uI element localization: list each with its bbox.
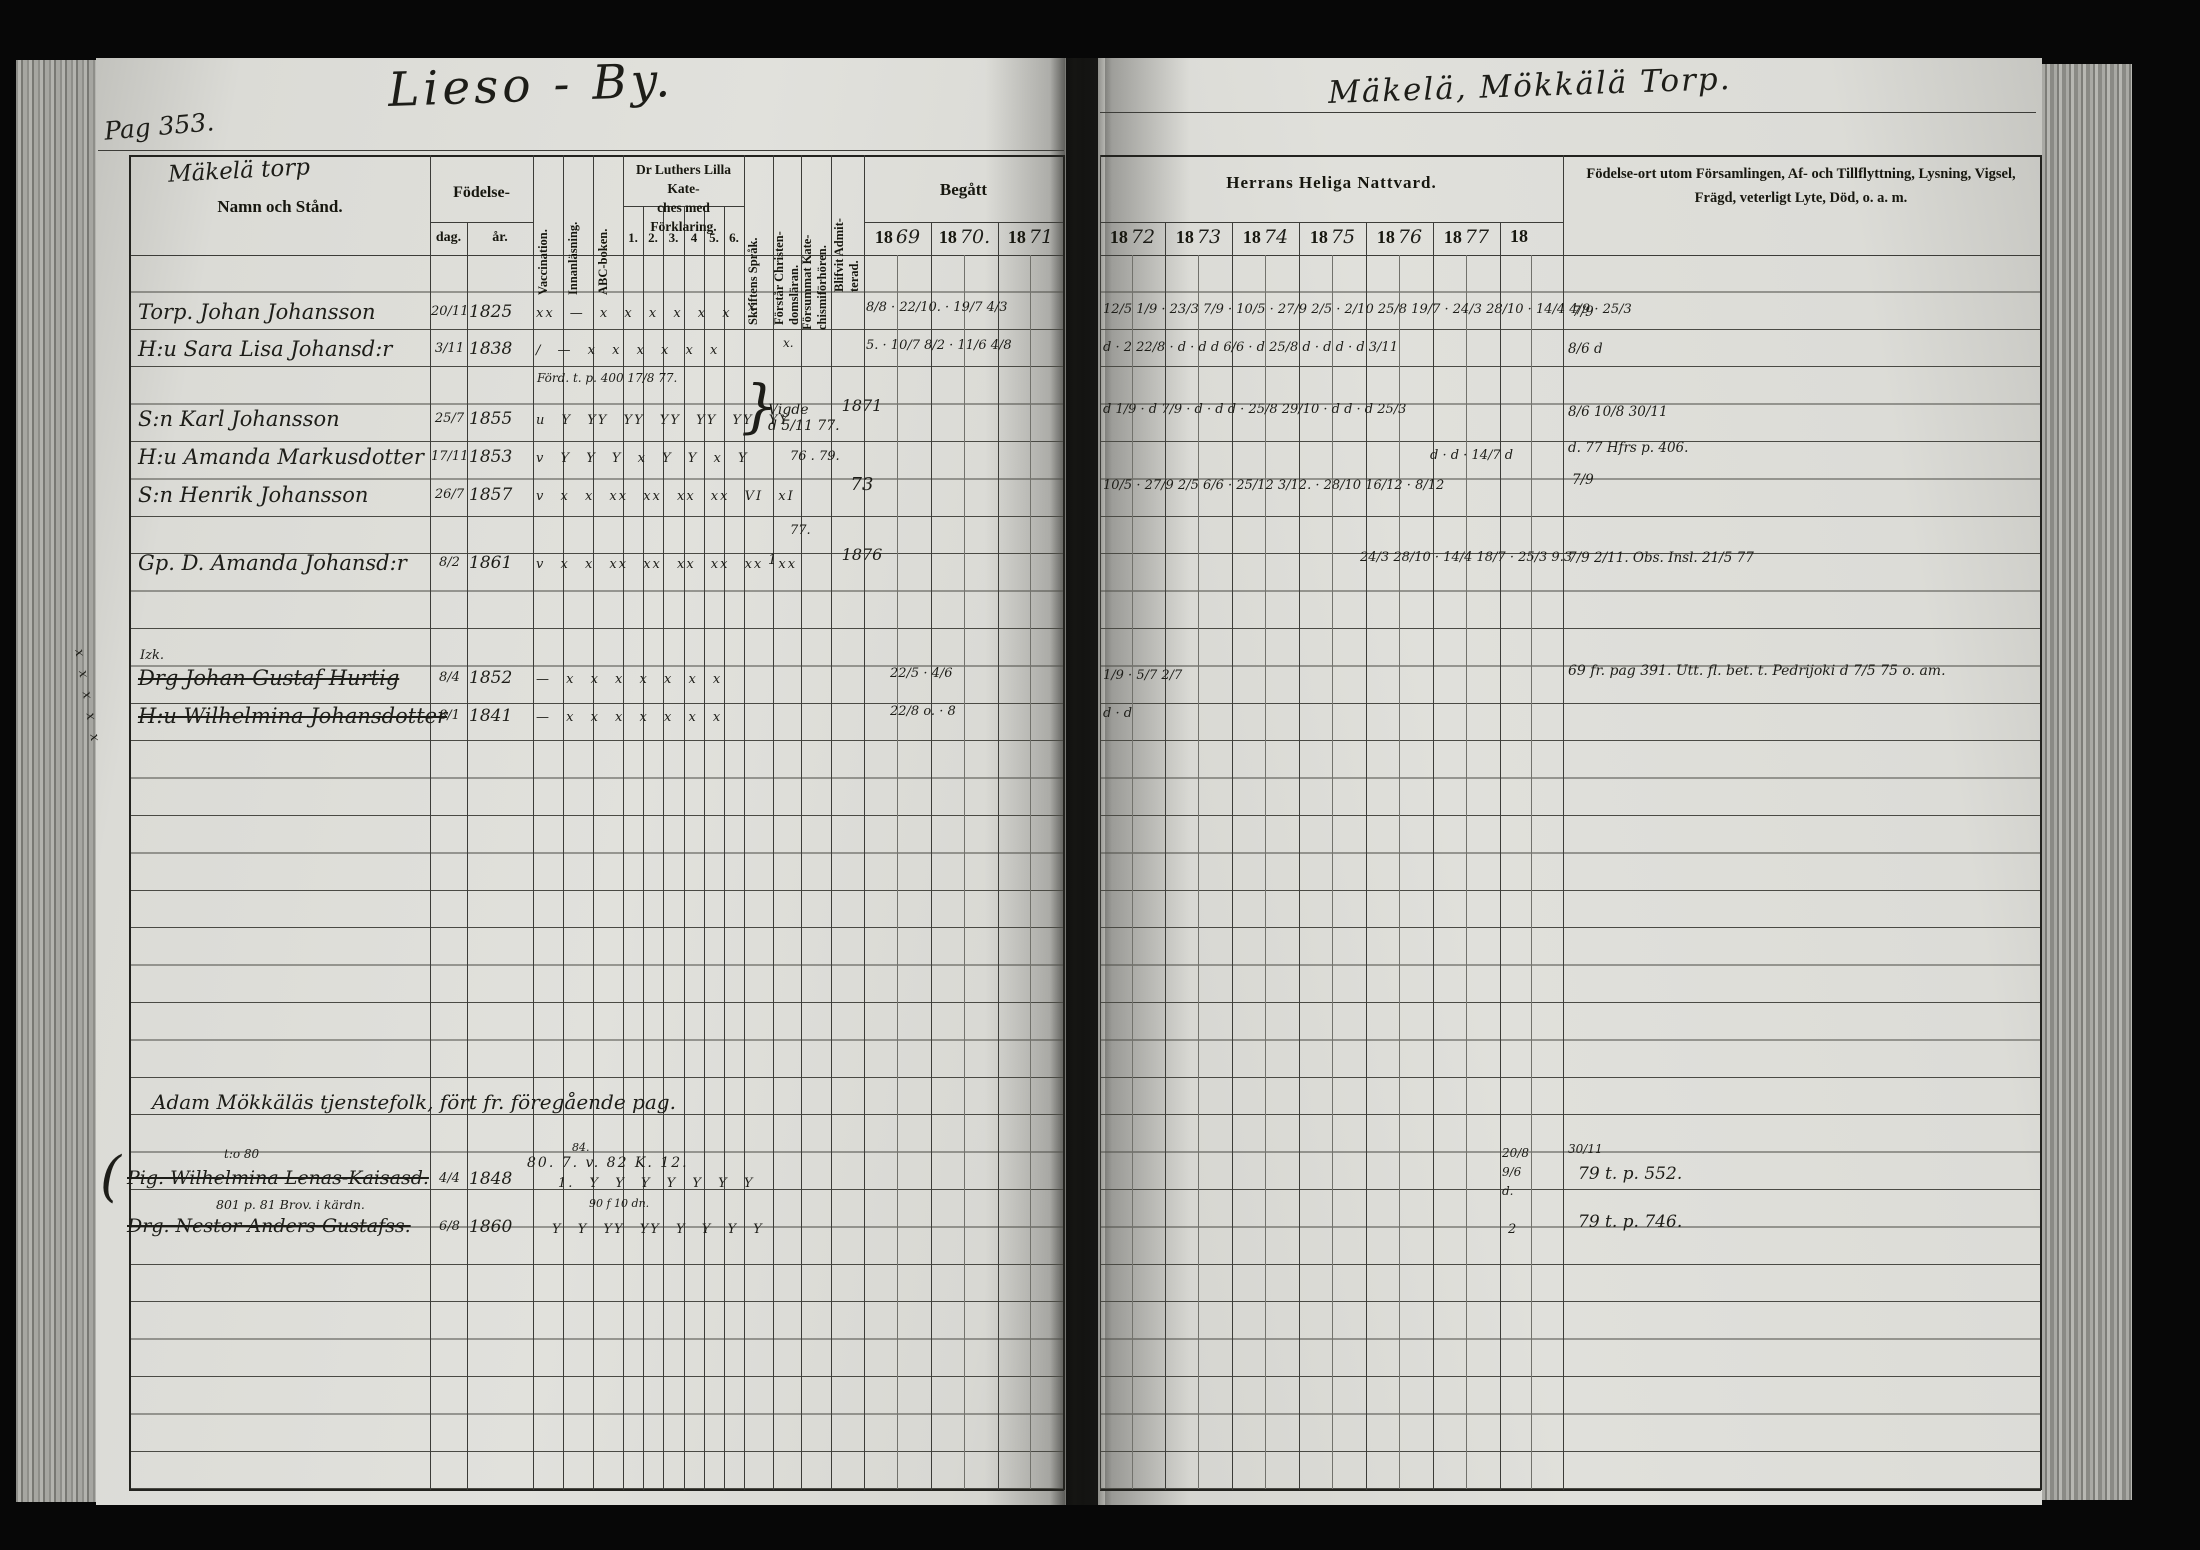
person-name: S:n Karl Johansson: [138, 407, 430, 431]
catechism-col-label: 3.: [663, 230, 684, 246]
year-prefix: 18: [875, 227, 893, 248]
header-notes-line2: Frägd, veterligt Lyte, Död, o. a. m.: [1570, 190, 2032, 207]
birth-year: 1825: [469, 302, 512, 322]
begatt-dates: 8/8 · 22/10. · 19/7 4/3: [866, 300, 1061, 315]
communion-dates: 10/5 · 27/9 2/5 6/6 · 25/12 3/12. · 28/1…: [1103, 478, 1559, 493]
header-admitted: Blifvit Admit- terad.: [832, 162, 863, 292]
exam-marks: Y Y YY YY Y Y Y Y: [552, 1222, 752, 1237]
sub-small-note: 90 f 10 dn.: [589, 1197, 649, 1210]
exam-marks: / — x x x x x x: [536, 343, 748, 358]
birth-day: 20/11: [431, 304, 468, 319]
moved-note: Förd. t. p. 400 17/8 77.: [537, 371, 749, 385]
year-script: 72: [1131, 226, 1155, 248]
row-note: d. 77 Hfrs p. 406.: [1568, 440, 1688, 456]
birth-day: 26/7: [431, 487, 468, 502]
admitted-year: 73: [833, 474, 891, 495]
exam-marks: xx — x x x x x x: [536, 306, 748, 321]
birth-year: 1848: [469, 1169, 512, 1189]
person-name: Drg Johan Gustaf Hurtig: [138, 666, 430, 690]
row-note: 69 fr. pag 391. Utt. fl. bet. t. Pedrijo…: [1568, 663, 1946, 679]
birth-day: 6/8: [431, 1219, 468, 1234]
person-name: H:u Sara Lisa Johansd:r: [138, 337, 430, 361]
year-prefix: 18: [1444, 227, 1462, 248]
birth-day: 25/7: [431, 411, 468, 426]
exam-marks: 1. Y Y Y Y Y Y Y: [558, 1176, 753, 1191]
communion-dates: 12/5 1/9 · 23/3 7/9 · 10/5 · 27/9 2/5 · …: [1103, 302, 1559, 317]
year-script: 71: [1029, 226, 1053, 248]
year-label-1877: 18 77: [1433, 226, 1500, 248]
header-begatt: Begått: [864, 180, 1063, 200]
exam-marks: — x x x x x x x: [536, 710, 748, 725]
catechism-col-label: 6.: [724, 230, 744, 246]
row-note: 7/9: [1572, 304, 1594, 320]
exam-marks: v x x xx xx xx xx VI xI: [536, 489, 748, 504]
catechism-col-label: 5.: [704, 230, 724, 246]
communion-dates: d · d · 14/7 d: [1430, 448, 1560, 463]
header-vaccination: Vaccination.: [536, 160, 563, 295]
person-name: Drg. Nestor Anders-Gustafss.: [127, 1215, 437, 1237]
birth-year: 1855: [469, 409, 512, 429]
catechism-col-label: 1.: [623, 230, 643, 246]
exam-marks: v x x xx xx xx xx xx xx: [536, 557, 748, 572]
mid-small-note: 84.: [572, 1141, 590, 1154]
header-catechism: Dr Luthers Lilla Kate- ches med Förklari…: [623, 161, 744, 237]
mid-note: 80. 7. v. 82 K. 12.: [527, 1155, 689, 1171]
header-reading: Innanläsning.: [566, 160, 593, 295]
admitted-year: 1876: [833, 545, 891, 564]
header-abc-book: ABC-boken.: [596, 160, 623, 295]
below-note: 801 p. 81 Brov. i kärdn.: [216, 1197, 365, 1212]
person-name: Torp. Johan Johansson: [138, 300, 430, 324]
year-prefix: 18: [1510, 226, 1528, 247]
year-label-1873: 18 73: [1165, 226, 1232, 248]
begatt-dates: 22/8 o. · 8: [890, 704, 1060, 719]
year-label-1876: 18 76: [1366, 226, 1433, 248]
year-script: 74: [1264, 226, 1288, 248]
birth-year: 1857: [469, 485, 512, 505]
header-understands: Förstår Christen- domsläran.: [772, 160, 801, 325]
person-name: H:u Amanda Markusdotter: [138, 445, 430, 469]
book-page-edges-left: [16, 60, 96, 1502]
year-prefix: 18: [1176, 227, 1194, 248]
exam-marks: u Y YY YY YY YY YY YY: [536, 413, 748, 428]
birth-year: 1852: [469, 668, 512, 688]
year-script: 77: [1465, 226, 1489, 248]
year-prefix: 18: [1243, 227, 1261, 248]
above-note: t:o 80: [224, 1147, 259, 1161]
exam-marks: v Y Y Y x Y Y x Y: [536, 451, 748, 466]
year-label-1875: 18 75: [1299, 226, 1366, 248]
year-prefix: 18: [1377, 227, 1395, 248]
scripture-mark: x: [748, 300, 755, 314]
note-small-date: 30/11: [1568, 1142, 1603, 1156]
extra-mark: x.: [783, 336, 794, 350]
row-note: 79 t. p. 552.: [1578, 1164, 1682, 1184]
year-label-18blank: 18: [1500, 226, 1573, 247]
birth-year: 1861: [469, 553, 512, 573]
year-label-1871: 18 71: [998, 226, 1063, 248]
row-note: 79 t. p. 746.: [1578, 1212, 1682, 1232]
grouping-paren: (: [100, 1150, 121, 1204]
year-prefix: 18: [1110, 227, 1128, 248]
title-underline-left: [98, 150, 1064, 151]
year-script: 73: [1197, 226, 1221, 248]
year-script: 76: [1398, 226, 1422, 248]
header-missed: Försummat Kate- chismiförhören.: [800, 160, 830, 330]
year-label-1872: 18 72: [1100, 226, 1165, 248]
catechism-col-label: 2.: [643, 230, 663, 246]
year-label-1874: 18 74: [1232, 226, 1299, 248]
exam-marks: — x x x x x x x: [536, 672, 748, 687]
row-note: 7/9: [1572, 472, 1594, 488]
birth-day: 17/11: [431, 449, 468, 464]
year-prefix: 18: [939, 227, 957, 248]
column-small-dates: 2: [1508, 1222, 1516, 1237]
birth-day: 8/1: [431, 708, 468, 723]
header-birth-year: år.: [467, 230, 533, 246]
communion-dates: 24/3 28/10 · 14/4 18/7 · 25/3 9.3: [1360, 550, 1560, 565]
admitted-year: 1871: [833, 396, 891, 415]
begatt-dates: 5. · 10/7 8/2 · 11/6 4/8: [866, 338, 1061, 353]
catechism-col-label: 4: [684, 230, 704, 246]
year-label-1869: 18 69: [864, 226, 931, 248]
year-label-1870: 18 70.: [931, 226, 998, 248]
communion-dates: d · 2 22/8 · d · d d 6/6 · d 25/8 d · d …: [1103, 340, 1559, 355]
row-note: 8/6 10/8 30/11: [1568, 404, 1668, 420]
begatt-dates: 22/5 · 4/6: [890, 666, 1060, 681]
year-script: 70.: [960, 226, 990, 248]
birth-year: 1860: [469, 1217, 512, 1237]
header-notes-line1: Födelse-ort utom Församlingen, Af- och T…: [1570, 166, 2032, 183]
column-small-dates: 20/8 9/6 d.: [1502, 1144, 1529, 1202]
birth-year: 1853: [469, 447, 512, 467]
year-prefix: 18: [1310, 227, 1328, 248]
birth-day: 8/4: [431, 670, 468, 685]
year-script: 69: [896, 226, 920, 248]
years-note: 77.: [790, 523, 811, 538]
communion-dates: d 1/9 · d 7/9 · d · d d · 25/8 29/10 · d…: [1103, 402, 1559, 417]
scanned-register-spread: Pag 353. Lieso - By. Mäkelä, Mökkälä Tor…: [0, 0, 2200, 1550]
title-underline-right: [1100, 112, 2036, 113]
row-note: 7/9 2/11. Obs. Insl. 21/5 77: [1568, 550, 1754, 566]
birth-day: 3/11: [431, 341, 468, 356]
marriage-note: Vigde d 5/11 77.: [768, 402, 840, 434]
communion-dates: 1/9 · 5/7 2/7: [1103, 668, 1559, 683]
birth-day: 8/2: [431, 555, 468, 570]
book-page-edges-right: [2042, 64, 2132, 1500]
birth-year: 1838: [469, 339, 512, 359]
extra-mark: 1: [768, 552, 777, 568]
header-birth: Födelse-: [430, 184, 533, 202]
communion-dates: d · d: [1103, 706, 1559, 721]
header-communion: Herrans Heliga Nattvard.: [1100, 173, 1563, 193]
birth-year: 1841: [469, 706, 512, 726]
person-name: Pig. Wilhelmina Lenas-Kaisasd.: [127, 1167, 432, 1189]
section-heading: Adam Mökkäläs tjenstefolk, fört fr. före…: [152, 1090, 812, 1114]
row-tag: Izk.: [140, 648, 164, 663]
row-note: 8/6 d: [1568, 341, 1603, 357]
person-name: S:n Henrik Johansson: [138, 483, 430, 507]
person-name: H:u Wilhelmina Johansdotter: [138, 704, 430, 728]
birth-day: 4/4: [431, 1171, 468, 1186]
years-note: 76 . 79.: [790, 449, 840, 464]
header-name-column: Namn och Stånd.: [130, 197, 430, 217]
person-name: Gp. D. Amanda Johansd:r: [138, 551, 430, 575]
year-prefix: 18: [1008, 227, 1026, 248]
header-birth-day: dag.: [430, 230, 467, 246]
left-page-title: Lieso - By.: [387, 53, 675, 118]
year-script: 75: [1331, 226, 1355, 248]
